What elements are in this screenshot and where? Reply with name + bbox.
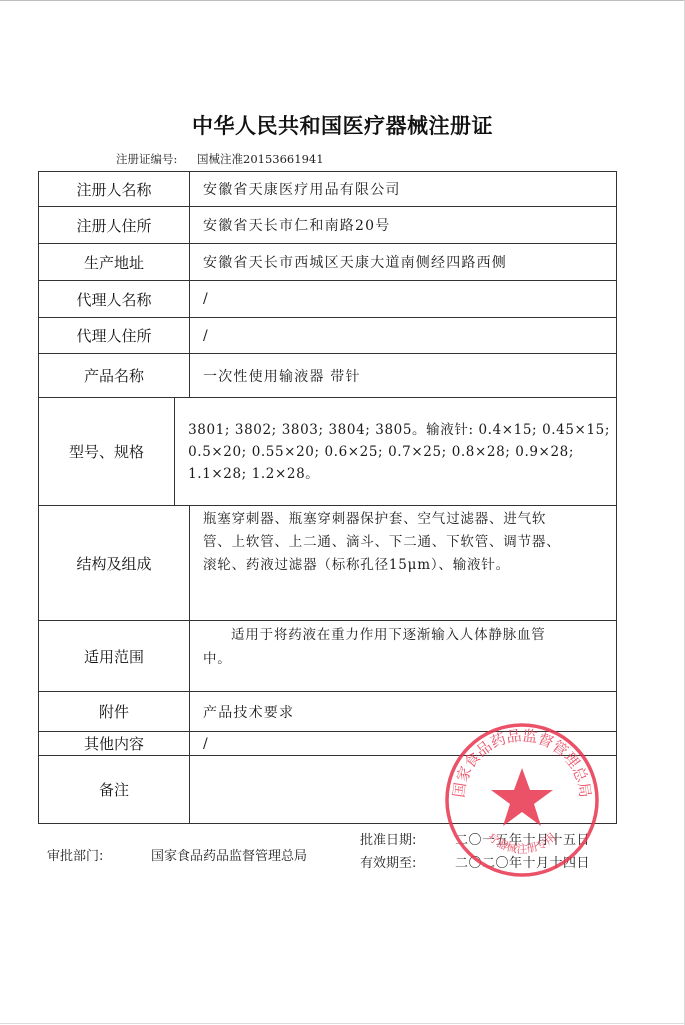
structure-line: 瓶塞穿刺器、瓶塞穿刺器保护套、空气过滤器、进气软 [203,508,561,531]
row-value: / [190,281,616,317]
row-label: 注册人住所 [39,207,190,243]
table-row-agent-address: 代理人住所 / [39,317,616,353]
registration-number-label: 注册证编号: [116,152,177,166]
row-label: 其他内容 [39,732,190,755]
certificate-table: 注册人名称 安徽省天康医疗用品有限公司 注册人住所 安徽省天长市仁和南路20号 … [38,171,617,824]
approval-date-label: 批准日期: [360,829,416,848]
approval-dept-label: 审批部门: [47,845,103,864]
row-value: 安徽省天康医疗用品有限公司 [190,172,616,206]
spec-line: 1.1×28; 1.2×28。 [188,463,610,485]
registration-number-line: 注册证编号: 国械注准20153661941 [116,151,324,167]
table-row-remarks: 备注 [39,755,616,823]
scope-line: 中。 [203,647,546,671]
row-label: 代理人名称 [39,281,190,317]
page-edge-top [0,0,685,1]
row-label: 附件 [39,692,190,731]
row-value: / [190,732,616,755]
structure-line: 管、上软管、上二通、滴斗、下二通、下软管、调节器、 [203,531,561,554]
row-label: 注册人名称 [39,172,190,206]
table-row-model-spec: 型号、规格 3801; 3802; 3803; 3804; 3805。输液针: … [39,397,616,505]
approval-date: 二〇一五年十月十五日 [455,829,590,848]
row-value: 安徽省天长市西城区天康大道南侧经四路西侧 [190,244,616,280]
table-row-attachment: 附件 产品技术要求 [39,691,616,731]
row-label: 备注 [39,756,190,823]
scope-line: 适用于将药液在重力作用下逐渐输入人体静脉血管 [203,623,546,647]
table-row-agent-name: 代理人名称 / [39,280,616,317]
document-title: 中华人民共和国医疗器械注册证 [0,110,685,140]
table-row-registrant-address: 注册人住所 安徽省天长市仁和南路20号 [39,206,616,243]
row-value [190,756,616,823]
row-value: 一次性使用输液器 带针 [190,354,616,397]
row-value: 瓶塞穿刺器、瓶塞穿刺器保护套、空气过滤器、进气软 管、上软管、上二通、滴斗、下二… [190,506,616,620]
row-value: / [190,318,616,353]
spec-line: 0.5×20; 0.55×20; 0.6×25; 0.7×25; 0.8×28;… [188,441,610,463]
row-label: 代理人住所 [39,318,190,353]
row-label: 生产地址 [39,244,190,280]
table-row-structure: 结构及组成 瓶塞穿刺器、瓶塞穿刺器保护套、空气过滤器、进气软 管、上软管、上二通… [39,505,616,620]
table-row-other: 其他内容 / [39,731,616,755]
valid-until: 二〇二〇年十月十四日 [455,852,590,871]
approval-dept: 国家食品药品监督管理总局 [151,845,307,864]
spec-line: 3801; 3802; 3803; 3804; 3805。输液针: 0.4×15… [188,419,610,441]
valid-until-label: 有效期至: [360,852,416,871]
row-label: 产品名称 [39,354,190,397]
table-row-production-address: 生产地址 安徽省天长市西城区天康大道南侧经四路西侧 [39,243,616,280]
structure-line: 滚轮、药液过滤器（标称孔径15μm）、输液针。 [203,554,561,577]
table-row-registrant-name: 注册人名称 安徽省天康医疗用品有限公司 [39,172,616,206]
row-value: 适用于将药液在重力作用下逐渐输入人体静脉血管 中。 [190,621,616,691]
row-value: 3801; 3802; 3803; 3804; 3805。输液针: 0.4×15… [175,398,616,505]
registration-number: 国械注准20153661941 [197,152,323,166]
table-row-scope: 适用范围 适用于将药液在重力作用下逐渐输入人体静脉血管 中。 [39,620,616,691]
row-value: 产品技术要求 [190,692,616,731]
page-edge-bottom [0,1023,685,1024]
row-label: 适用范围 [39,621,190,691]
table-row-product-name: 产品名称 一次性使用输液器 带针 [39,353,616,397]
row-value: 安徽省天长市仁和南路20号 [190,207,616,243]
row-label: 型号、规格 [39,398,175,505]
row-label: 结构及组成 [39,506,190,620]
